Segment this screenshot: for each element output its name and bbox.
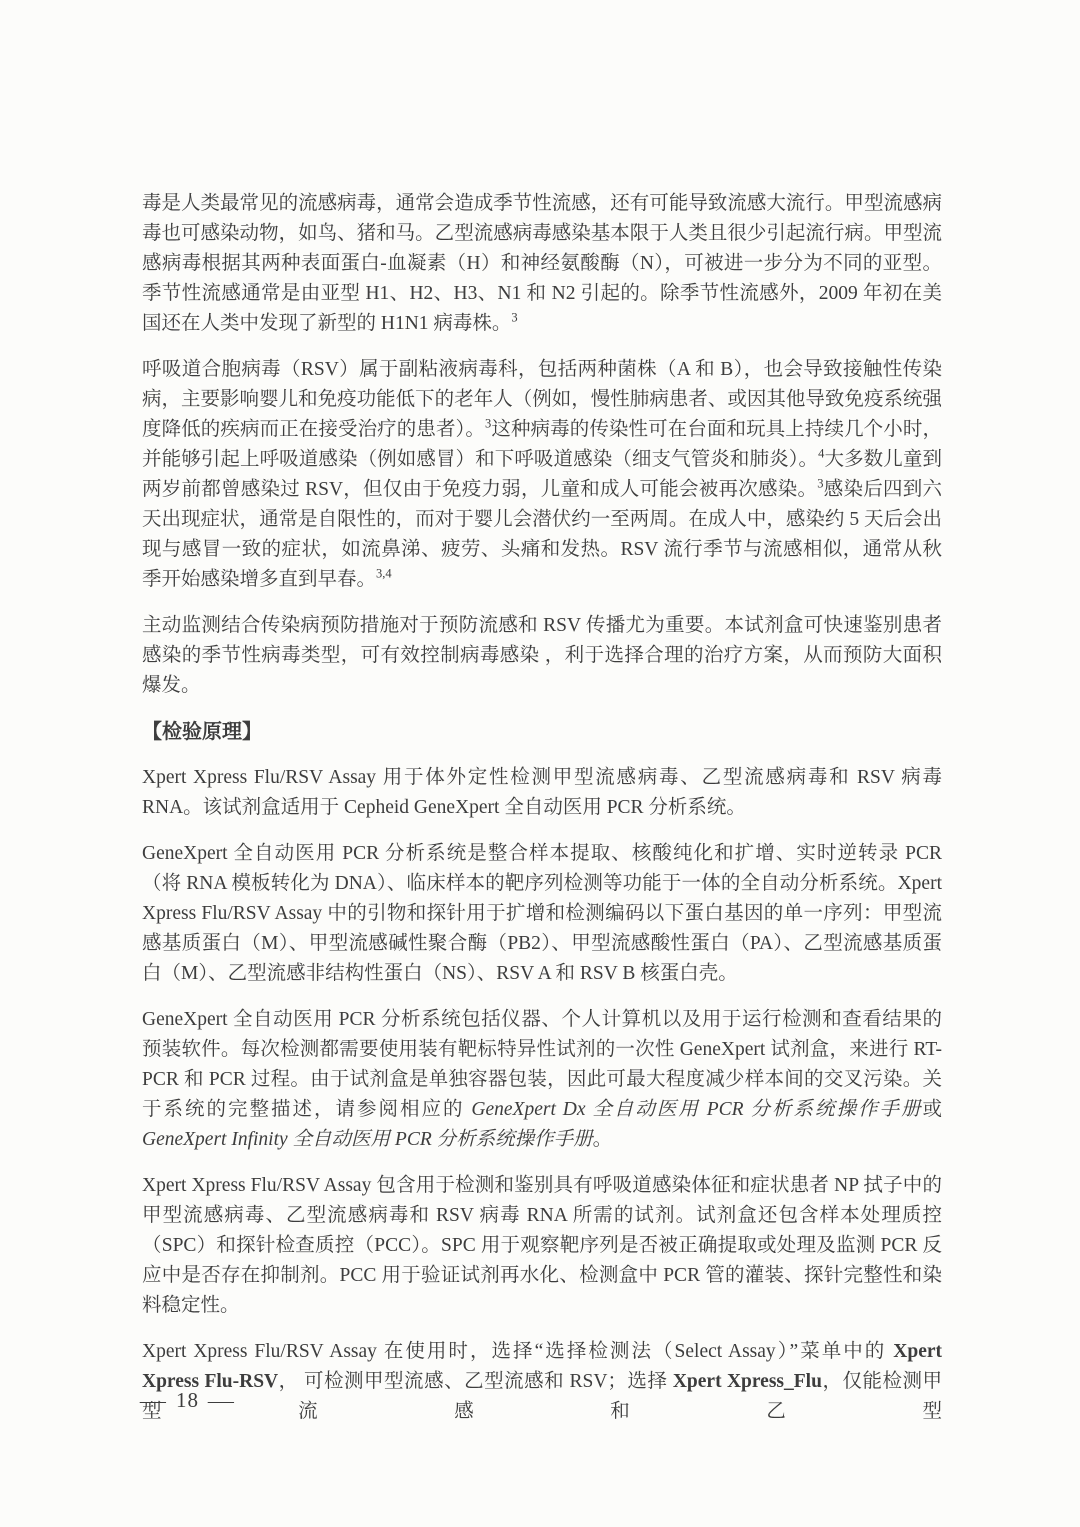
italic-text-run: GeneXpert Dx 全自动医用 PCR 分析系统操作手册 <box>471 1099 922 1120</box>
paragraph-genexpert-system: GeneXpert 全自动医用 PCR 分析系统是整合样本提取、核酸纯化和扩增、… <box>142 839 942 989</box>
document-page: 毒是人类最常见的流感病毒，通常会造成季节性流感，还有可能导致流感大流行。甲型流感… <box>0 0 1080 1527</box>
footer-dash-left: — <box>140 1390 167 1413</box>
text-run: Xpert Xpress Flu/RSV Assay 在使用时，选择“选择检测法… <box>142 1341 893 1362</box>
paragraph-surveillance: 主动监测结合传染病预防措施对于预防流感和 RSV 传播尤为重要。本试剂盒可快速鉴… <box>142 611 942 701</box>
text-run: 。 <box>593 1129 613 1150</box>
text-run: 毒是人类最常见的流感病毒，通常会造成季节性流感，还有可能导致流感大流行。甲型流感… <box>142 193 942 334</box>
paragraph-assay-reagents: Xpert Xpress Flu/RSV Assay 包含用于检测和鉴别具有呼吸… <box>142 1171 942 1321</box>
italic-text-run: GeneXpert Infinity 全自动医用 PCR 分析系统操作手册 <box>142 1129 593 1150</box>
page-number: 18 <box>176 1388 199 1413</box>
footer-dash-right: — <box>208 1390 235 1413</box>
bold-text-run: Xpert Xpress_Flu <box>673 1371 822 1392</box>
paragraph-influenza-types: 毒是人类最常见的流感病毒，通常会造成季节性流感，还有可能导致流感大流行。甲型流感… <box>142 189 942 339</box>
text-run: 或 <box>922 1099 942 1120</box>
paragraph-assay-selection: Xpert Xpress Flu/RSV Assay 在使用时，选择“选择检测法… <box>142 1337 942 1427</box>
text-run: Xpert Xpress Flu/RSV Assay 包含用于检测和鉴别具有呼吸… <box>142 1175 942 1316</box>
document-body: 毒是人类最常见的流感病毒，通常会造成季节性流感，还有可能导致流感大流行。甲型流感… <box>142 189 942 1427</box>
page-footer: —18— <box>143 1388 232 1413</box>
text-run: 【检验原理】 <box>142 721 262 743</box>
superscript-reference: 3,4 <box>376 567 392 581</box>
paragraph-genexpert-components: GeneXpert 全自动医用 PCR 分析系统包括仪器、个人计算机以及用于运行… <box>142 1005 942 1155</box>
heading-test-principle: 【检验原理】 <box>142 717 942 747</box>
superscript-reference: 3 <box>511 311 517 325</box>
text-run: ， 可检测甲型流感、乙型流感和 RSV；选择 <box>278 1371 673 1392</box>
paragraph-assay-purpose: Xpert Xpress Flu/RSV Assay 用于体外定性检测甲型流感病… <box>142 763 942 823</box>
text-run: Xpert Xpress Flu/RSV Assay 用于体外定性检测甲型流感病… <box>142 767 942 818</box>
text-run: 主动监测结合传染病预防措施对于预防流感和 RSV 传播尤为重要。本试剂盒可快速鉴… <box>142 615 942 696</box>
text-run: GeneXpert 全自动医用 PCR 分析系统是整合样本提取、核酸纯化和扩增、… <box>142 843 942 984</box>
paragraph-rsv-overview: 呼吸道合胞病毒（RSV）属于副粘液病毒科，包括两种菌株（A 和 B），也会导致接… <box>142 355 942 595</box>
